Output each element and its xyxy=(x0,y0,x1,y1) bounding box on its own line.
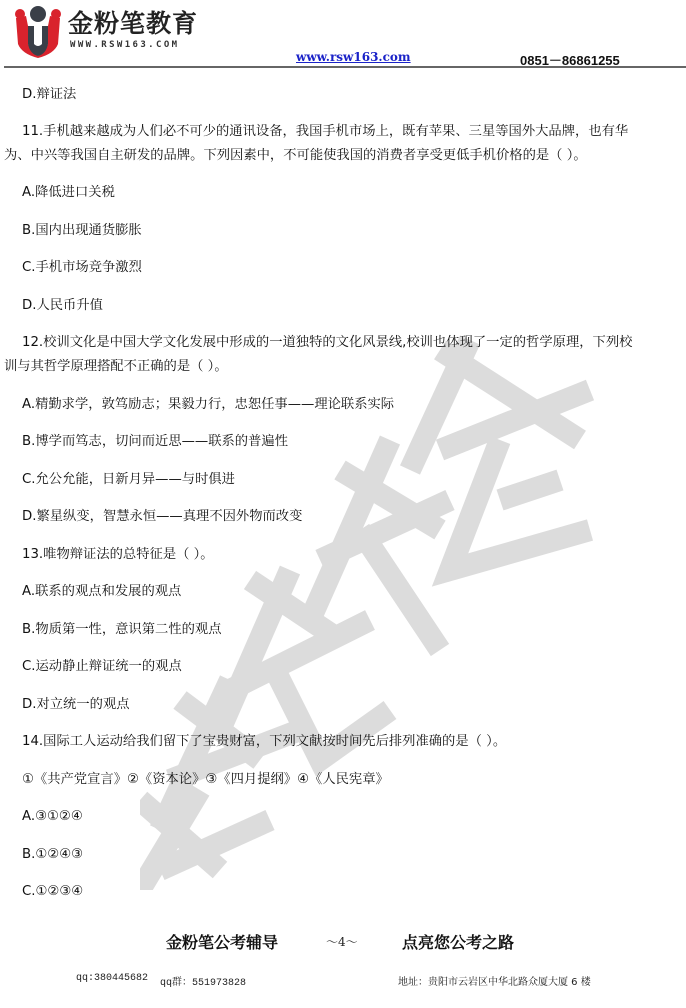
question-14-items: ①《共产党宣言》②《资本论》③《四月提纲》④《人民宪章》 xyxy=(22,770,389,790)
slogan-right: 点亮您公考之路 xyxy=(402,930,514,953)
slogan-left: 金粉笔公考辅导 xyxy=(166,930,278,953)
footer-contact: qq:380445682 qq群：551973828 地址：贵阳市云岩区中华北路… xyxy=(0,973,686,989)
address: 地址：贵阳市云岩区中华北路众厦大厦 6 楼 xyxy=(398,973,591,988)
page-number: ～4～ xyxy=(326,933,358,950)
website-link[interactable]: www.rsw163.com xyxy=(296,50,411,64)
qq-group-number: qq群：551973828 xyxy=(160,973,246,989)
option-c-q12: C.允公允能，日新月异——与时俱进 xyxy=(22,470,235,490)
option-a-q12: A.精勤求学，敦笃励志；果毅力行，忠恕任事——理论联系实际 xyxy=(22,395,394,415)
question-14: 14.国际工人运动给我们留下了宝贵财富，下列文献按时间先后排列准确的是（ ）。 xyxy=(22,732,506,752)
header-divider xyxy=(4,66,686,68)
option-b-q12: B.博学而笃志，切问而近思——联系的普遍性 xyxy=(22,432,288,452)
question-12-line2: 训与其哲学原理搭配不正确的是（ ）。 xyxy=(4,357,228,377)
option-b-q11: B.国内出现通货膨胀 xyxy=(22,221,142,241)
option-d-q13: D.对立统一的观点 xyxy=(22,695,130,715)
logo-icon xyxy=(10,4,66,58)
option-d-q11: D.人民币升值 xyxy=(22,296,103,316)
option-b-q14: B.①②④③ xyxy=(22,845,83,865)
option-b-q13: B.物质第一性，意识第二性的观点 xyxy=(22,620,222,640)
logo-url: WWW.RSW163.COM xyxy=(70,40,179,50)
option-d-q12: D.繁星纵变，智慧永恒——真理不因外物而改变 xyxy=(22,507,302,527)
option-c-q14: C.①②③④ xyxy=(22,882,83,902)
option-a-q14: A.③①②④ xyxy=(22,807,83,827)
question-13: 13.唯物辩证法的总特征是（ ）。 xyxy=(22,545,214,565)
question-12-line1: 12.校训文化是中国大学文化发展中形成的一道独特的文化风景线,校训也体现了一定的… xyxy=(22,333,632,353)
question-11-line2: 为、中兴等我国自主研发的品牌。下列因素中，不可能使我国的消费者享受更低手机价格的… xyxy=(4,146,587,166)
option-a-q13: A.联系的观点和发展的观点 xyxy=(22,582,181,602)
qq-number: qq:380445682 xyxy=(76,973,148,984)
logo-text: 金粉笔教育 xyxy=(68,10,198,38)
option-a-q11: A.降低进口关税 xyxy=(22,183,115,203)
option-d-q10: D.辩证法 xyxy=(22,85,76,105)
footer-slogan: 金粉笔公考辅导 ～4～ 点亮您公考之路 xyxy=(0,930,686,954)
option-c-q13: C.运动静止辩证统一的观点 xyxy=(22,657,182,677)
option-c-q11: C.手机市场竞争激烈 xyxy=(22,258,142,278)
page-header: 金粉笔教育 WWW.RSW163.COM www.rsw163.com 0851… xyxy=(0,0,686,68)
question-11-line1: 11.手机越来越成为人们必不可少的通讯设备，我国手机市场上，既有苹果、三星等国外… xyxy=(22,122,628,142)
